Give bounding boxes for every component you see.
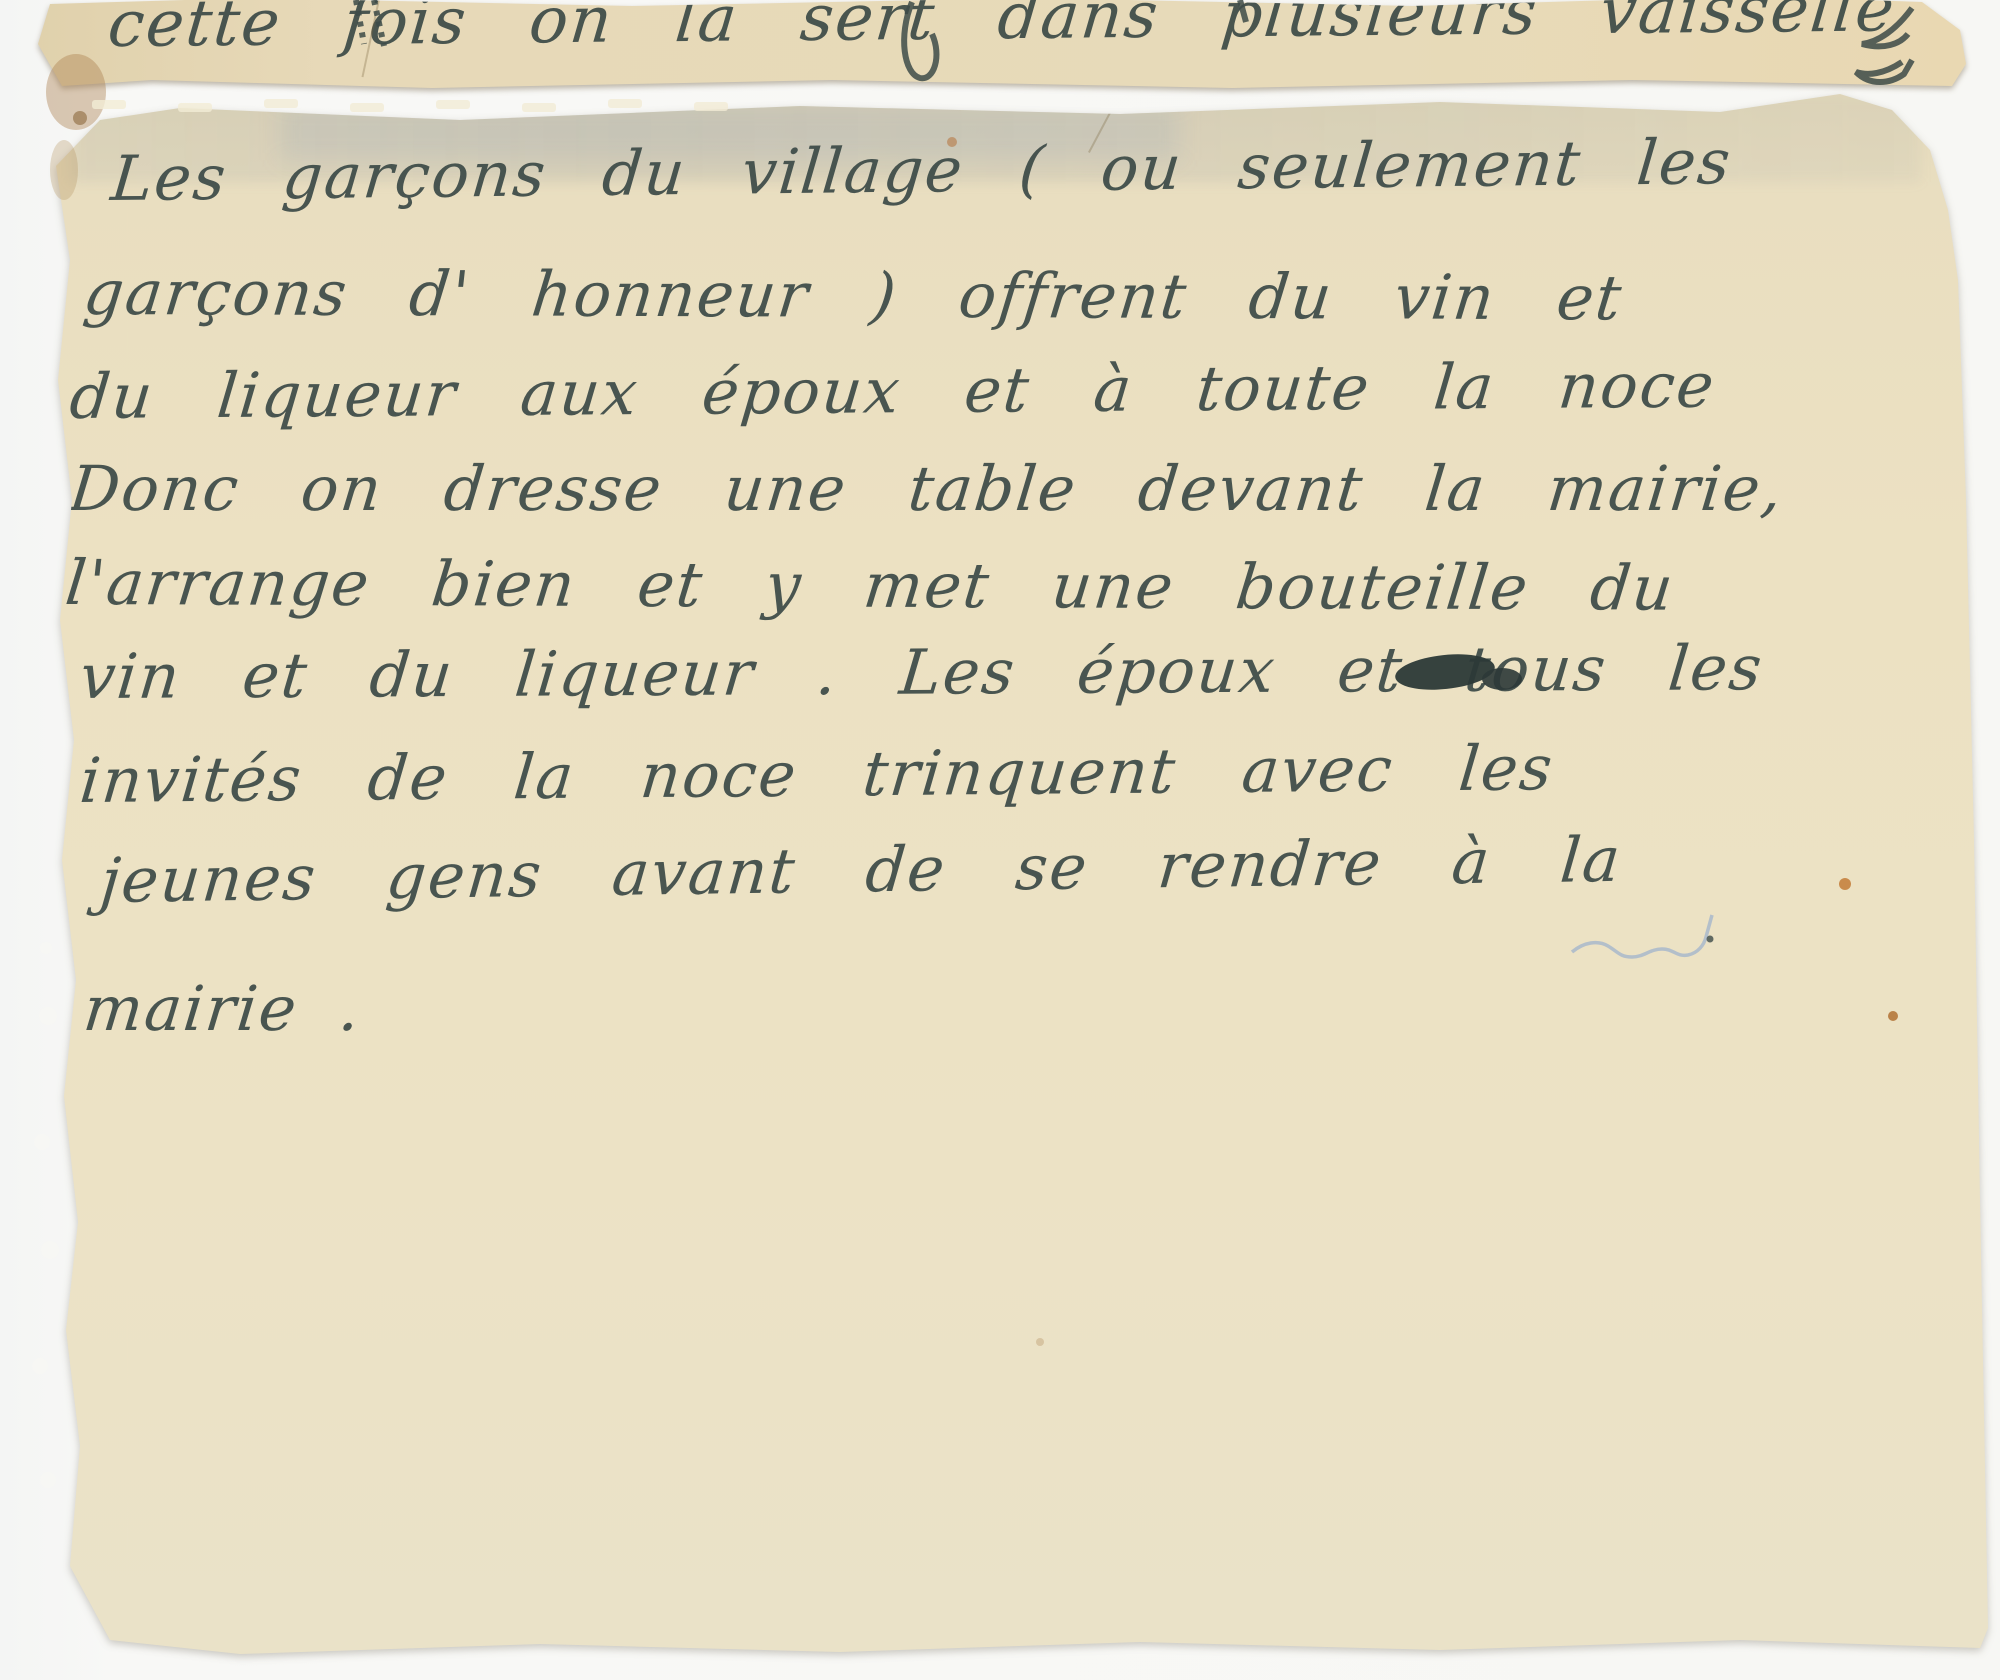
handwriting-line-9: mairie . bbox=[80, 972, 365, 1045]
handwriting-line-1: Les garçons du village ( ou seulement le… bbox=[108, 125, 1735, 215]
handwriting-line-3: du liqueur aux époux et à toute la noce bbox=[67, 349, 1719, 434]
handwriting-strip-line: cette fois on la sert dans plusieurs vai… bbox=[105, 0, 1899, 62]
manuscript-page: Les garçons du village ( ou seulement le… bbox=[40, 80, 1990, 1665]
handwriting-line-2: garçons d' honneur ) offrent du vin et bbox=[80, 256, 1627, 334]
handwriting-line-5: l'arrange bien et y met une bouteille du bbox=[62, 546, 1678, 625]
handwriting-line-7: invités de la noce trinquent avec les bbox=[77, 731, 1557, 817]
previous-page-paper: cette fois on la sert dans plusieurs vai… bbox=[32, 0, 1977, 94]
handwriting-line-6: vin et du liqueur . Les époux et tous le… bbox=[77, 631, 1767, 713]
scanned-document: Les garçons du village ( ou seulement le… bbox=[0, 0, 2000, 1680]
handwriting-line-4: Donc on dresse une table devant la mairi… bbox=[66, 452, 1787, 525]
previous-page-edge-strip: cette fois on la sert dans plusieurs vai… bbox=[32, 0, 1977, 94]
manuscript-paper: Les garçons du village ( ou seulement le… bbox=[40, 80, 1990, 1665]
handwriting-line-8: jeunes gens avant de se rendre à la bbox=[97, 823, 1625, 917]
